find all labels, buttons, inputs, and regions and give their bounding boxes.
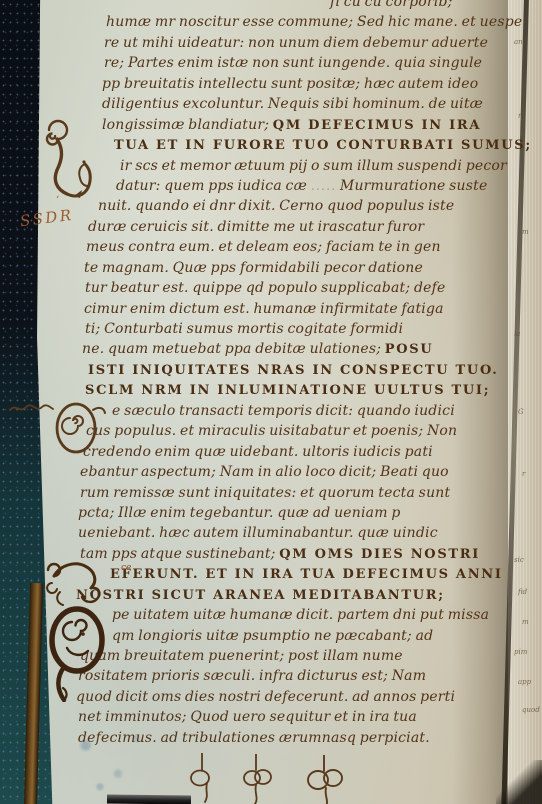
text-line: cimur enim dictum est. humanæ infirmitat… [84, 298, 524, 318]
text-line: rum remissæ sunt iniquitates: et quorum … [80, 482, 524, 502]
text-segment: Murmuratione suste [336, 178, 487, 194]
text-segment: ueniebant. hæc autem illuminabantur. quæ… [78, 525, 438, 541]
text-segment: duræ ceruicis sit. dimitte me ut irascat… [88, 219, 424, 235]
text-line: net imminutos; Quod uero sequitur et in … [78, 706, 524, 726]
text-segment: re; Partes enim istæ non sunt iungende. … [104, 55, 482, 71]
text-segment: diligentius excoluntur. Nequis sibi homi… [102, 96, 483, 112]
text-segment: ſi cü cü corporib; [330, 0, 453, 10]
text-segment: rositatem prioris sæculi. infra dicturus… [78, 668, 426, 684]
text-line: tam pps atque sustinebant; QM OMS DIES N… [80, 543, 524, 563]
edge-text-fragment: an [514, 38, 523, 46]
text-segment: cimur enim dictum est. humanæ infirmitat… [84, 301, 444, 317]
text-segment: credendo enim quæ uidebant. ultoris iudi… [83, 444, 433, 460]
text-line: ebantur aspectum; Nam in alio loco dicit… [80, 461, 524, 481]
text-segment: rum remissæ sunt iniquitates: et quorum … [80, 485, 450, 501]
text-segment: te magnam. Quæ pps formidabili pecor dat… [84, 260, 423, 276]
ruler-edge [107, 795, 191, 804]
text-segment: ti; Conturbati sumus mortis cogitate for… [85, 321, 403, 337]
text-segment: datur: quem pps iudica cæ [116, 178, 311, 194]
text-segment: tam pps atque sustinebant; [80, 546, 279, 562]
initial-d-round-icon [48, 400, 106, 456]
text-line: ſi cü cü corporib; [330, 0, 524, 11]
text-line: ti; Conturbati sumus mortis cogitate for… [85, 318, 524, 338]
text-segment: quam breuitatem puenerint; post illam nu… [80, 648, 403, 664]
text-line: pe uitatem uitæ humanæ dicit. partem dni… [112, 604, 524, 624]
edge-text-fragment: pim [514, 648, 527, 656]
interlinear-correction: ce [121, 563, 131, 573]
text-line: ueniebant. hæc autem illuminabantur. quæ… [78, 522, 524, 542]
text-line: re; Partes enim istæ non sunt iungende. … [104, 52, 524, 72]
edge-text-fragment: r [522, 470, 525, 478]
text-segment: quod dicit oms dies nostri defecerunt. a… [76, 689, 455, 705]
text-segment: cus populus. et miraculis uisitabatur et… [86, 423, 457, 439]
edge-text-fragment: app [518, 678, 531, 686]
edge-text-fragment: la [514, 330, 520, 338]
text-segment: meus contra eum. et deleam eos; faciam t… [86, 239, 441, 255]
text-line: ISTI INIQUITATES NRAS IN CONSPECTU TUO. [88, 359, 524, 379]
edge-text-fragment: sic [514, 556, 524, 564]
text-segment: nuit. quando ei dnr dixit. Cerno quod po… [98, 198, 454, 214]
text-segment: SCLM NRM IN INLUMINATIONE UULTUS TUI; [85, 383, 490, 398]
text-line: longissimæ blandiatur; QM DEFECIMUS IN I… [102, 114, 524, 134]
text-segment: pe uitatem uitæ humanæ dicit. partem dni… [112, 607, 489, 623]
text-line: quod dicit oms dies nostri defecerunt. a… [76, 686, 524, 706]
manuscript-photo: ſi cü cü corporib;humæ mr noscitur esse … [0, 0, 542, 804]
text-line: defecimus. ad tribulationes ærumnasq per… [78, 727, 524, 747]
text-segment: e sæculo transacti temporis dicit: quand… [112, 403, 455, 419]
edge-text-fragment: fid [518, 588, 527, 596]
initial-d-zoomorphic-icon [40, 556, 104, 608]
text-line: duræ ceruicis sit. dimitte me ut irascat… [88, 216, 524, 236]
text-line: pp breuitatis intellectu sunt positæ; hæ… [102, 73, 524, 93]
text-line: credendo enim quæ uidebant. ultoris iudi… [83, 441, 524, 461]
edge-text-fragment: G [518, 408, 524, 416]
text-segment: QM OMS DIES NOSTRI [279, 547, 480, 562]
text-line: TUA ET IN FURORE TUO CONTURBATI SUMUS; [114, 134, 524, 154]
text-line: humæ mr noscitur esse commune; Sed hic m… [106, 11, 524, 31]
text-segment: pp breuitatis intellectu sunt positæ; hæ… [102, 76, 478, 92]
text-line: tur beatur est. quippe qd populo supplic… [85, 277, 524, 297]
text-segment: qm longioris uitæ psumptio ne pæcabant; … [112, 628, 433, 644]
edge-text-fragment: m [522, 618, 529, 626]
text-segment: longissimæ blandiatur; [102, 117, 273, 133]
text-line: nuit. quando ei dnr dixit. Cerno quod po… [98, 195, 524, 215]
text-line: e sæculo transacti temporis dicit: quand… [112, 400, 524, 420]
flourish-glyph-icon [232, 754, 280, 804]
text-segment: tur beatur est. quippe qd populo supplic… [85, 280, 445, 296]
edge-text-fragment: r [518, 112, 521, 120]
text-segment: ir scs et memor ætuum pij o sum illum su… [120, 158, 507, 174]
initial-q-zoomorphic-icon [42, 604, 112, 702]
text-segment: EFERUNT. ET IN IRA TUA DEFECIMUS ANNI [110, 567, 503, 582]
text-segment: ne. quam metuebat ppa debitæ ulationes; [82, 341, 385, 357]
text-line: EFERUNT. ET IN IRA TUA DEFECIMUS ANNI [110, 563, 524, 583]
initial-v-spiral-icon [36, 112, 98, 204]
text-segment: pcta; Illæ enim tegebantur. quæ ad uenia… [78, 505, 401, 521]
text-line: rositatem prioris sæculi. infra dicturus… [78, 665, 524, 685]
edge-text-fragment: quod [522, 706, 540, 714]
text-line: pcta; Illæ enim tegebantur. quæ ad uenia… [78, 502, 524, 522]
text-line: qm longioris uitæ psumptio ne pæcabant; … [112, 625, 524, 645]
text-segment: defecimus. ad tribulationes ærumnasq per… [78, 730, 430, 746]
text-line: re ut mihi uideatur: non unum diem debem… [104, 32, 524, 52]
text-line: NOSTRI SICUT ARANEA MEDITABANTUR; [76, 584, 524, 604]
text-line: diligentius excoluntur. Nequis sibi homi… [102, 93, 524, 113]
flourish-glyph-icon [296, 755, 352, 804]
text-line: quam breuitatem puenerint; post illam nu… [80, 645, 524, 665]
edge-text-fragment: m [522, 228, 529, 236]
text-segment: net imminutos; Quod uero sequitur et in … [78, 709, 417, 725]
text-line: ir scs et memor ætuum pij o sum illum su… [120, 155, 524, 175]
text-line: SCLM NRM IN INLUMINATIONE UULTUS TUI; [85, 379, 524, 399]
text-segment: NOSTRI SICUT ARANEA MEDITABANTUR; [76, 588, 445, 603]
text-segment: ebantur aspectum; Nam in alio loco dicit… [80, 464, 449, 480]
text-segment: re ut mihi uideatur: non unum diem debem… [104, 35, 488, 51]
text-block: ſi cü cü corporib;humæ mr noscitur esse … [94, 0, 524, 747]
text-segment: POSU [385, 342, 434, 357]
text-line: ne. quam metuebat ppa debitæ ulationes; … [82, 338, 524, 358]
text-line: te magnam. Quæ pps formidabili pecor dat… [84, 257, 524, 277]
text-line: cus populus. et miraculis uisitabatur et… [86, 420, 524, 440]
text-line: datur: quem pps iudica cæ ..... Murmurat… [116, 175, 524, 195]
text-segment: ..... [311, 179, 337, 194]
dark-corner-bottom-right [496, 760, 542, 804]
text-segment: ISTI INIQUITATES NRAS IN CONSPECTU TUO. [88, 363, 498, 378]
text-line: meus contra eum. et deleam eos; faciam t… [86, 236, 524, 256]
text-segment: QM DEFECIMUS IN IRA [273, 118, 481, 133]
text-segment: humæ mr noscitur esse commune; Sed hic m… [106, 14, 522, 30]
text-segment: TUA ET IN FURORE TUO CONTURBATI SUMUS; [114, 138, 532, 153]
